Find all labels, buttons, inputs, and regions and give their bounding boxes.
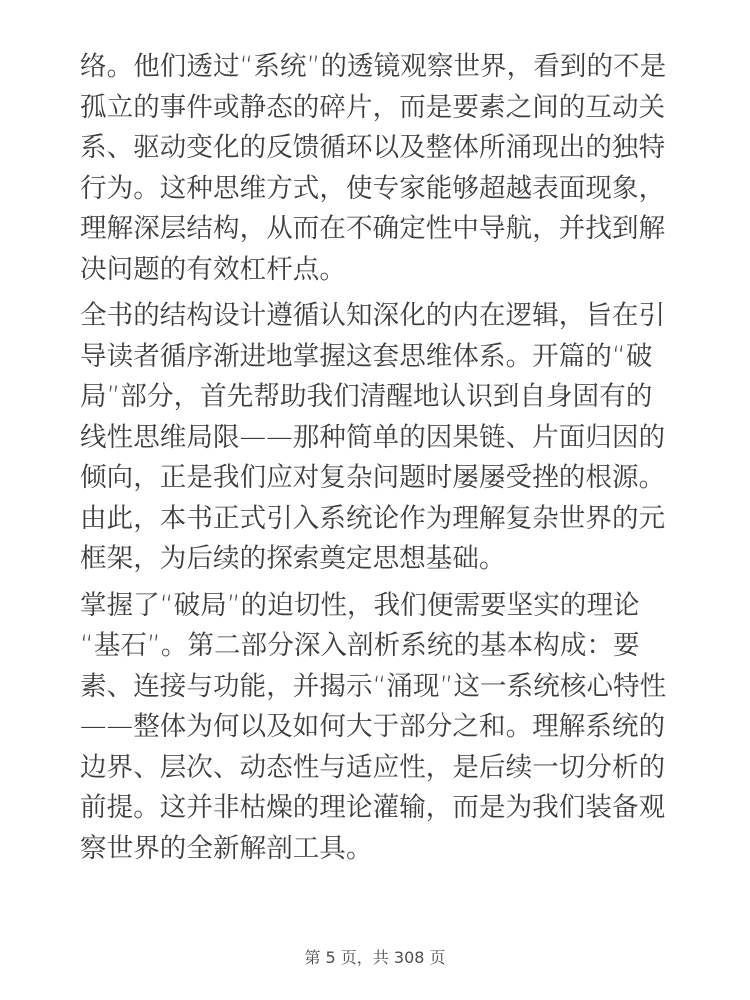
paragraph: 全书的结构设计遵循认知深化的内在逻辑，旨在引导读者循序渐进地掌握这套思维体系。开…	[80, 296, 672, 580]
document-page: 络。他们透过“系统”的透镜观察世界，看到的不是孤立的事件或静态的碎片，而是要素之…	[0, 0, 750, 1000]
page-number-footer: 第 5 页，共 308 页	[0, 946, 750, 970]
paragraph: 掌握了“破局”的迫切性，我们便需要坚实的理论“基石”。第二部分深入剖析系统的基本…	[80, 586, 672, 870]
page-content: 络。他们透过“系统”的透镜观察世界，看到的不是孤立的事件或静态的碎片，而是要素之…	[80, 47, 672, 869]
paragraph: 络。他们透过“系统”的透镜观察世界，看到的不是孤立的事件或静态的碎片，而是要素之…	[80, 47, 672, 290]
